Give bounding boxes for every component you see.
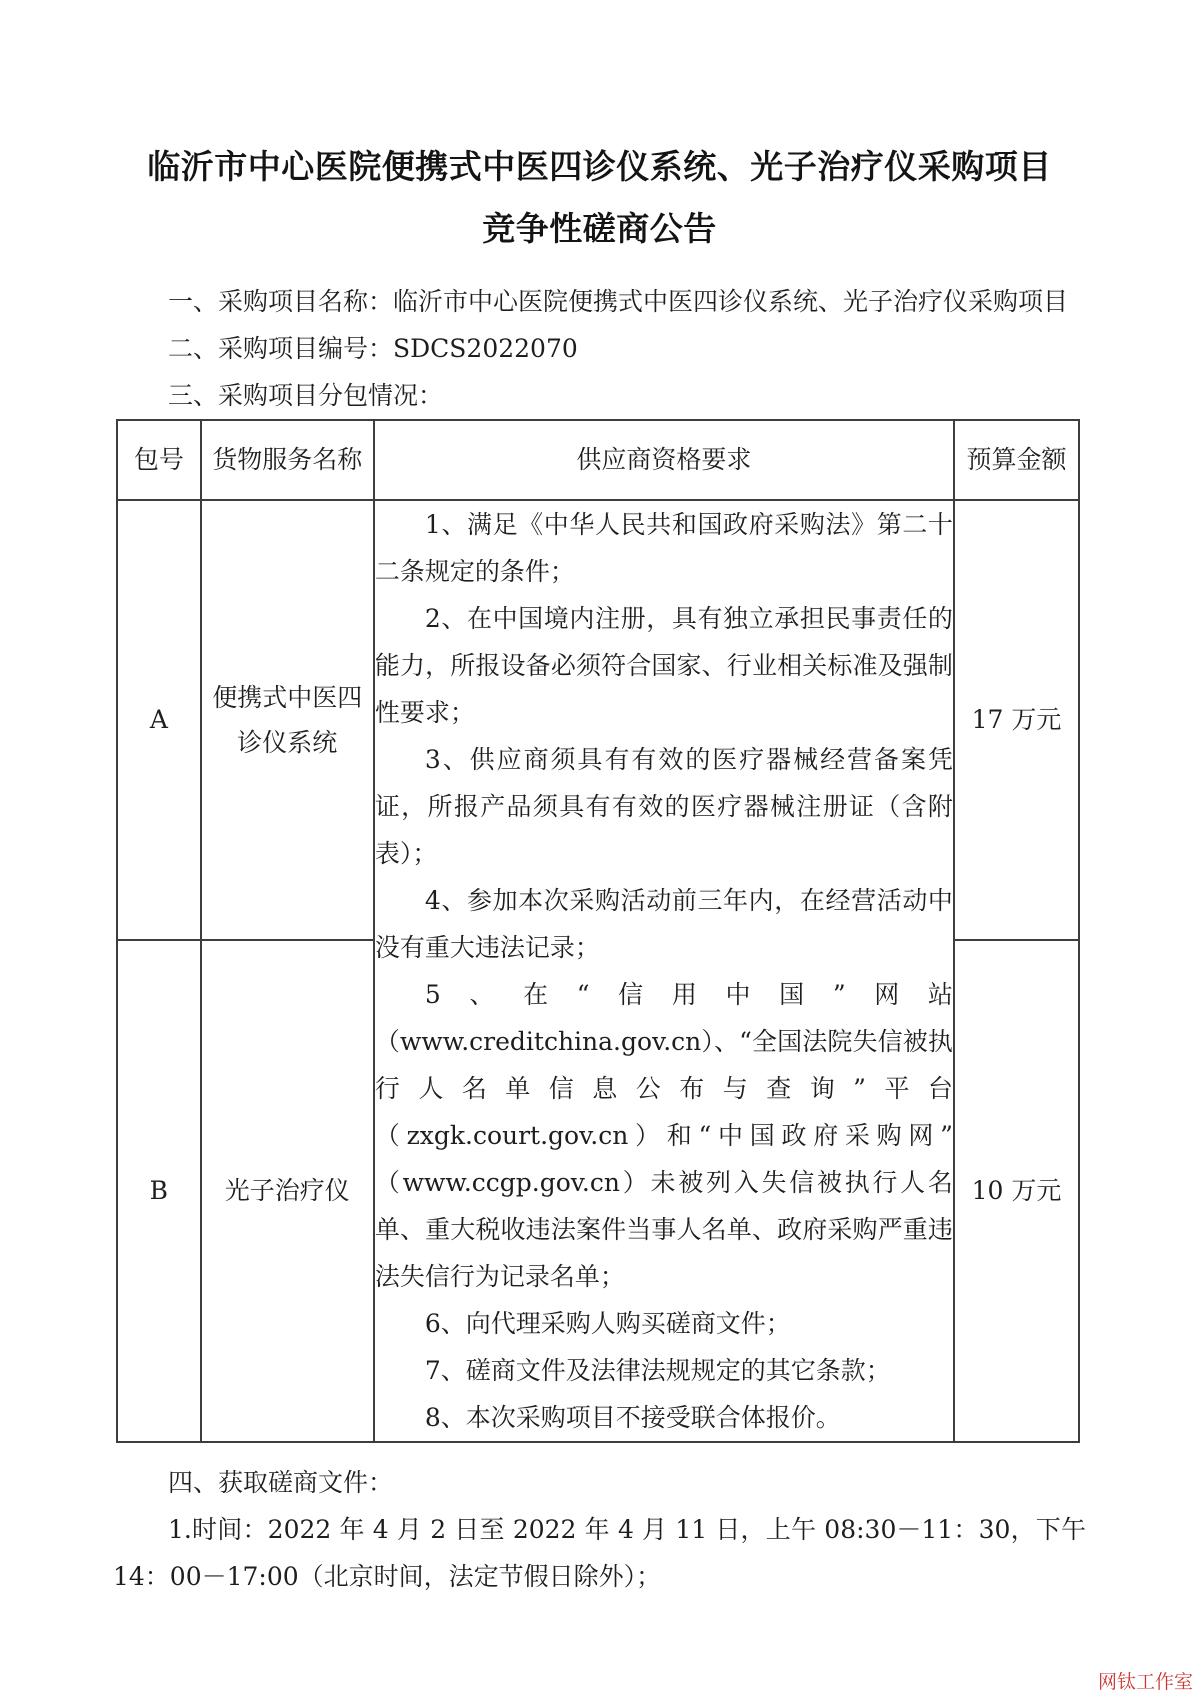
table-header-row: 包号 货物服务名称 供应商资格要求 预算金额 [117,420,1079,500]
package-a-budget: 17 万元 [954,500,1079,940]
requirement-item-6: 6、向代理采购人购买磋商文件； [375,1300,953,1347]
watermark-text: 网钛工作室 [1098,1672,1193,1692]
document-title: 临沂市中心医院便携式中医四诊仪系统、光子治疗仪采购项目 竞争性磋商公告 [113,0,1086,260]
package-a-name: 便携式中医四诊仪系统 [201,500,374,940]
section-packages-heading: 三、采购项目分包情况： [113,372,1086,419]
package-b-budget: 10 万元 [954,940,1079,1442]
requirement-item-4: 4、参加本次采购活动前三年内，在经营活动中没有重大违法记录； [375,877,953,971]
col-header-goods-name: 货物服务名称 [201,420,374,500]
package-b-id: B [117,940,201,1442]
title-line-2: 竞争性磋商公告 [113,198,1086,260]
section-obtain-heading: 四、获取磋商文件： [113,1459,1086,1506]
section-project-number: 二、采购项目编号：SDCS2022070 [113,325,1086,372]
packages-table: 包号 货物服务名称 供应商资格要求 预算金额 A 便携式中医四诊仪系统 1、满足… [116,419,1080,1443]
document-content: 临沂市中心医院便携式中医四诊仪系统、光子治疗仪采购项目 竞争性磋商公告 一、采购… [0,0,1199,1600]
col-header-supplier-requirements: 供应商资格要求 [374,420,954,500]
requirement-item-8: 8、本次采购项目不接受联合体报价。 [375,1394,953,1441]
table-row-package-a: A 便携式中医四诊仪系统 1、满足《中华人民共和国政府采购法》第二十二条规定的条… [117,500,1079,940]
col-header-budget: 预算金额 [954,420,1079,500]
package-a-id: A [117,500,201,940]
section-obtain-time: 1.时间：2022 年 4 月 2 日至 2022 年 4 月 11 日，上午 … [113,1506,1086,1600]
packages-table-body: A 便携式中医四诊仪系统 1、满足《中华人民共和国政府采购法》第二十二条规定的条… [117,500,1079,1442]
packages-table-header: 包号 货物服务名称 供应商资格要求 预算金额 [117,420,1079,500]
title-line-1: 临沂市中心医院便携式中医四诊仪系统、光子治疗仪采购项目 [113,136,1086,198]
requirement-item-3: 3、供应商须具有有效的医疗器械经营备案凭证，所报产品须具有有效的医疗器械注册证（… [375,736,953,877]
section-project-name: 一、采购项目名称：临沂市中心医院便携式中医四诊仪系统、光子治疗仪采购项目 [113,278,1086,325]
requirement-item-5: 5、在“信用中国”网站（www.creditchina.gov.cn）、“全国法… [375,971,953,1300]
package-b-name: 光子治疗仪 [201,940,374,1442]
supplier-requirements-cell: 1、满足《中华人民共和国政府采购法》第二十二条规定的条件； 2、在中国境内注册，… [374,500,954,1442]
requirement-item-7: 7、磋商文件及法律法规规定的其它条款； [375,1347,953,1394]
requirement-item-1: 1、满足《中华人民共和国政府采购法》第二十二条规定的条件； [375,501,953,595]
requirement-item-2: 2、在中国境内注册，具有独立承担民事责任的能力，所报设备必须符合国家、行业相关标… [375,595,953,736]
document-page: 临沂市中心医院便携式中医四诊仪系统、光子治疗仪采购项目 竞争性磋商公告 一、采购… [0,0,1199,1696]
col-header-package-id: 包号 [117,420,201,500]
